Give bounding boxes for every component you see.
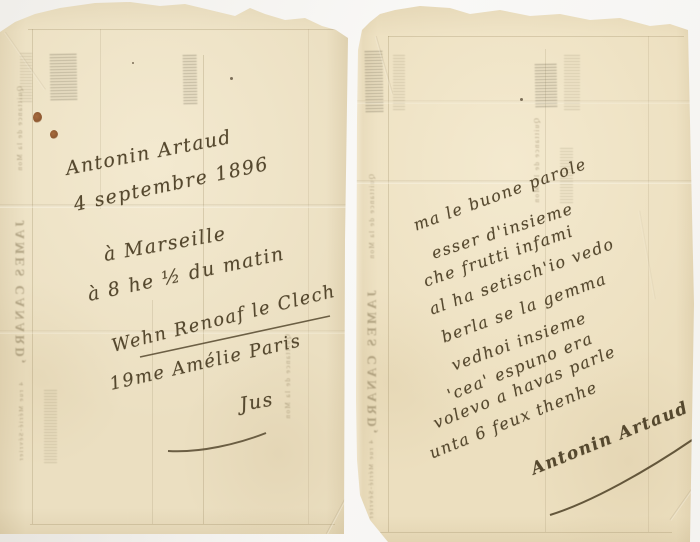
right-page: Quittance de la Mon JAMES CANARD, 4 rue … [352,4,698,542]
bleed-company-name: JAMES CANARD, [12,220,28,366]
bleed-grid-line [30,524,335,525]
bleed-grid-line [203,55,204,524]
bleed-address-label: 4 rue Mérié-Sévrier [18,382,25,462]
bleed-grid-line [388,36,389,532]
handwriting-line: Jus [238,388,275,416]
bleed-grid-line [308,29,309,524]
foxing-spot [50,130,58,139]
page-edge-highlight [352,4,363,542]
bleed-stamp-block [183,55,198,104]
crease-line [670,429,700,520]
bleed-company-name: JAMES CANARD, [364,290,380,436]
foxing-spot [33,112,42,123]
ink-speck [132,62,134,64]
bleed-microtext [44,390,57,463]
bleed-company-label: JAMES CANARD, [12,220,28,366]
bleed-company-label: JAMES CANARD, [364,290,380,436]
fold-line [352,100,698,104]
bleed-address-label: 4 rue Mérié-Sévrier [368,440,375,520]
bleed-grid-line [100,29,101,209]
left-page: Quittance de la Mon JAMES CANARD, 4 rue … [0,0,348,534]
flourish-underline [168,433,266,451]
ink-speck [230,77,233,80]
crease-line [638,211,656,300]
bleed-stamp-block [50,54,78,102]
bleed-quittance-label: Quittance de la Mon [368,174,376,260]
bleed-quittance-text: Quittance de la Mon [368,174,376,260]
bleed-grid-line [32,29,33,524]
bleed-grid-line [388,36,684,37]
ink-speck [520,98,523,101]
bleed-address-text: 4 rue Mérié-Sévrier [18,382,25,462]
bleed-grid-line [380,532,672,533]
bleed-grid-line [28,29,346,30]
bleed-address-text: 4 rue Mérié-Sévrier [368,440,375,520]
photo-of-manuscript-pages: Quittance de la Mon JAMES CANARD, 4 rue … [0,0,700,542]
fold-line [0,204,348,208]
bleed-grid-line [648,36,649,532]
